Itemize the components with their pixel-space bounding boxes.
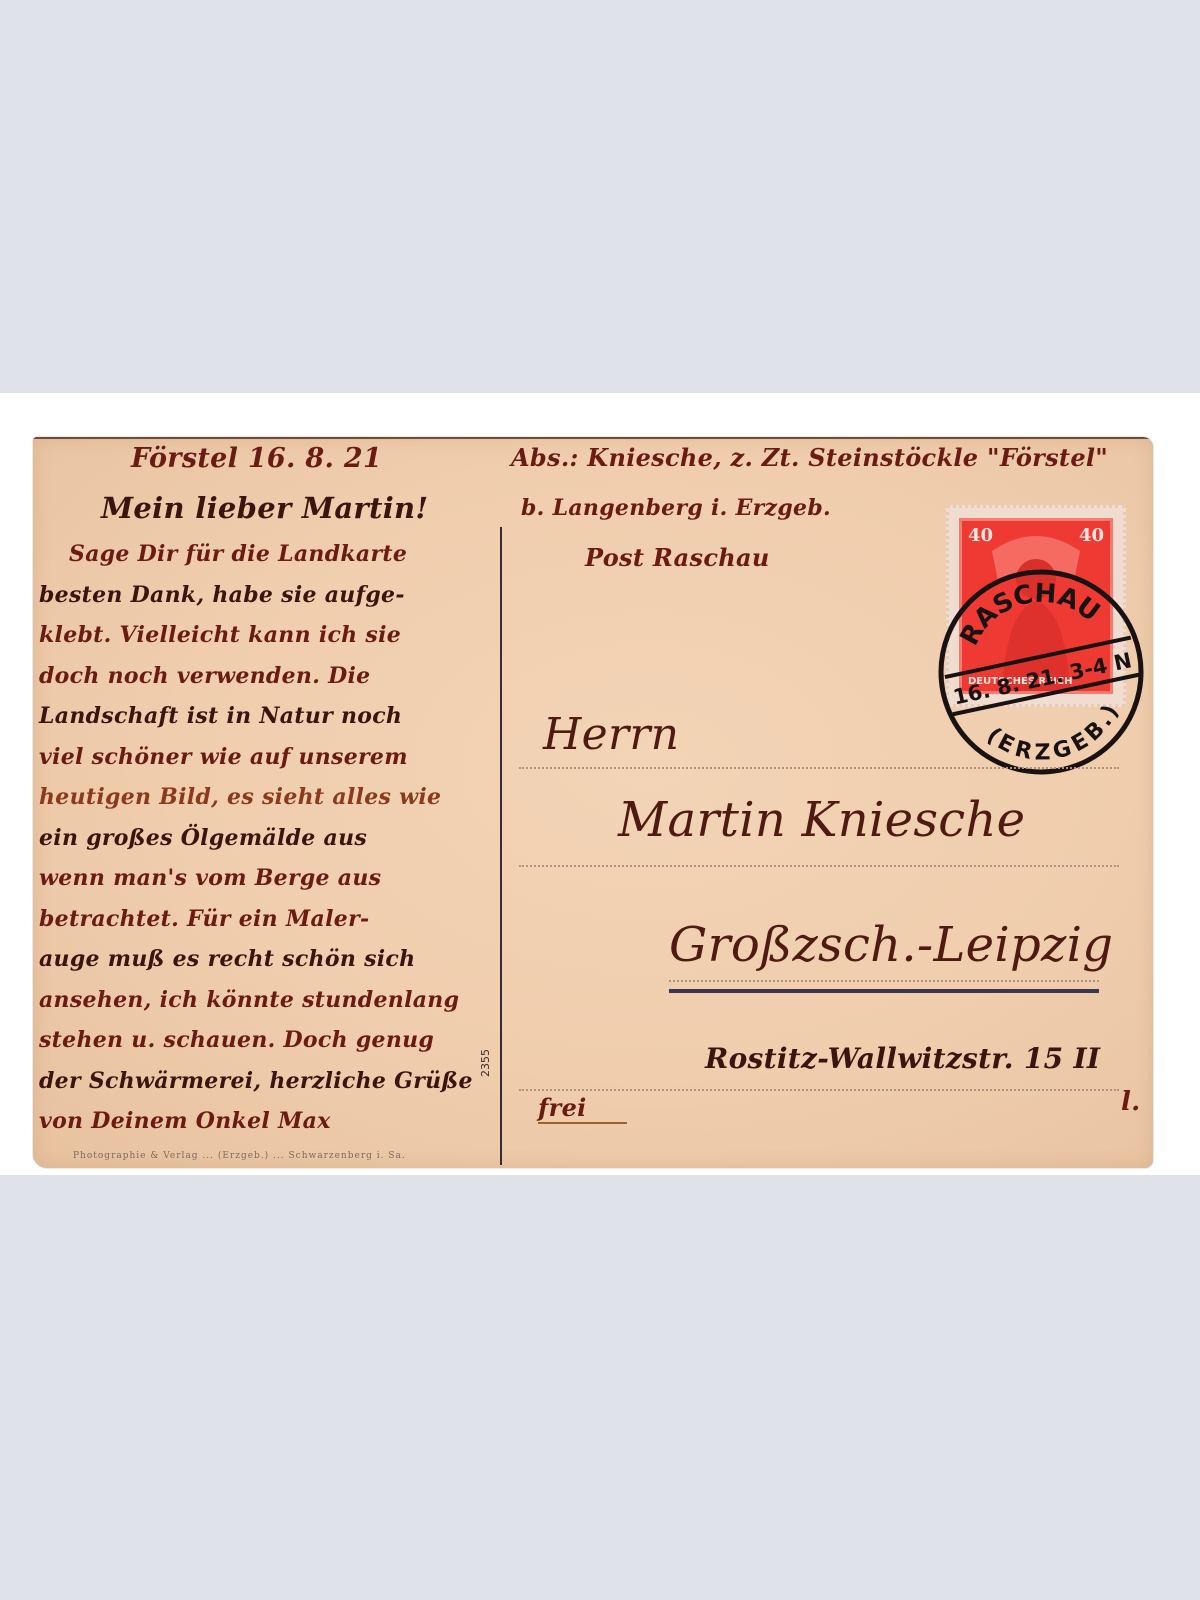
sender-line-2: b. Langenberg i. Erzgeb. bbox=[521, 495, 831, 521]
publisher-imprint: Photographie & Verlag ... (Erzgeb.) ... … bbox=[73, 1151, 406, 1161]
address-dotline-3 bbox=[669, 980, 1099, 982]
address-dotline-1 bbox=[519, 767, 1119, 769]
message-line: heutigen Bild, es sieht alles wie bbox=[39, 784, 441, 810]
address-street: Rostitz-Wallwitzstr. 15 II bbox=[705, 1042, 1100, 1075]
salutation: Mein lieber Martin! bbox=[101, 491, 428, 525]
address-name: Martin Kniesche bbox=[618, 792, 1025, 848]
message-line: wenn man's vom Berge aus bbox=[39, 865, 381, 891]
message-line: ansehen, ich könnte stundenlang bbox=[39, 987, 459, 1013]
postmark-cancel: 16. 8. 21. 3-4 N RASCHAU (ERZGEB.) bbox=[936, 567, 1146, 777]
city-underline bbox=[669, 989, 1099, 993]
address-salutation: Herrn bbox=[543, 709, 679, 760]
message-line: doch noch verwenden. Die bbox=[39, 663, 370, 689]
sender-line-3: Post Raschau bbox=[585, 543, 770, 572]
postcard: Förstel 16. 8. 21 Mein lieber Martin! Sa… bbox=[33, 437, 1153, 1168]
address-dotline-4 bbox=[519, 1089, 1119, 1091]
divider-line bbox=[500, 527, 502, 1165]
postage-note: frei bbox=[538, 1093, 627, 1124]
message-line: von Deinem Onkel Max bbox=[39, 1108, 331, 1134]
place-date: Förstel 16. 8. 21 bbox=[131, 443, 382, 474]
sender-line-1: Abs.: Kniesche, z. Zt. Steinstöckle "För… bbox=[511, 443, 1108, 472]
message-line: auge muß es recht schön sich bbox=[39, 946, 415, 972]
message-line: der Schwärmerei, herzliche Grüße bbox=[39, 1068, 473, 1094]
message-line: stehen u. schauen. Doch genug bbox=[39, 1027, 434, 1053]
address-extra: l. bbox=[1121, 1087, 1141, 1117]
message-line: betrachtet. Für ein Maler- bbox=[39, 906, 369, 932]
message-line: Sage Dir für die Landkarte bbox=[69, 541, 407, 567]
message-line: Landschaft ist in Natur noch bbox=[39, 703, 402, 729]
address-city: Großzsch.-Leipzig bbox=[669, 917, 1113, 973]
card-number: 2355 bbox=[479, 1049, 492, 1077]
message-line: viel schöner wie auf unserem bbox=[39, 744, 408, 770]
address-dotline-2 bbox=[519, 865, 1119, 867]
message-line: klebt. Vielleicht kann ich sie bbox=[39, 622, 401, 648]
message-line: besten Dank, habe sie aufge- bbox=[39, 582, 405, 608]
message-line: ein großes Ölgemälde aus bbox=[39, 825, 367, 851]
